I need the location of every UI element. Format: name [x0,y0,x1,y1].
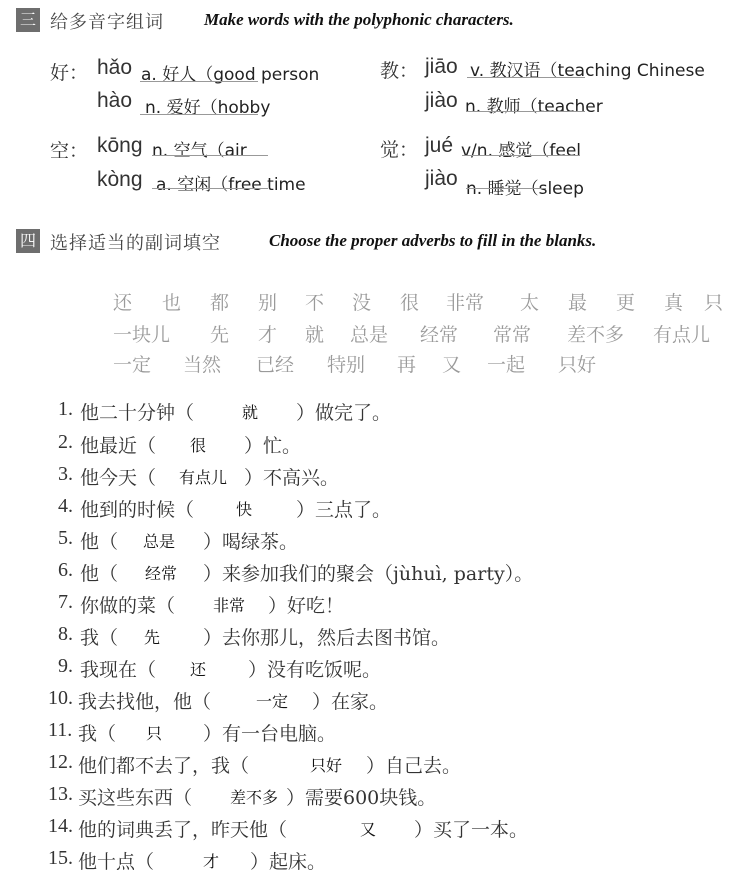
exercise-after: ）好吃！ [268,591,344,618]
word-bank-item: 还 [113,288,132,315]
pinyin: jiào [425,89,458,113]
exercise-after: ）不高兴。 [244,463,339,490]
exercise-number: 1. [58,398,73,421]
exercise-number: 11. [48,719,72,742]
word-bank-item: 最 [568,288,587,315]
word-bank-item: 只好 [558,350,596,377]
answer-underline [462,155,580,156]
exercise-after: ）起床。 [250,847,326,874]
exercise-fill-input[interactable]: 经常 [145,561,177,584]
exercise-number: 9. [58,655,73,678]
answer-field[interactable]: a. 空闲（free time [156,170,306,195]
word-bank-item: 才 [258,320,277,347]
word-bank-item: 经常 [420,320,458,347]
exercise-before: 他到的时候（ [80,495,194,522]
exercise-number: 7. [58,591,73,614]
exercise-number: 3. [58,463,73,486]
exercise-after: ）有一台电脑。 [203,719,336,746]
exercise-before: 他今天（ [80,463,156,490]
exercise-fill-input[interactable]: 总是 [143,529,175,552]
word-bank-item: 总是 [350,320,388,347]
exercise-after: ）忙。 [244,431,301,458]
exercise-fill-input[interactable]: 就 [242,400,258,423]
section-4-badge: 四 [16,229,40,253]
word-bank-item: 先 [210,320,229,347]
exercise-fill-input[interactable]: 很 [190,433,206,456]
exercise-number: 4. [58,495,73,518]
answer-field[interactable]: n. 睡觉（sleep [466,174,584,199]
word-bank-item: 没 [352,288,371,315]
word-bank-item: 又 [442,350,461,377]
word-bank-item: 更 [616,288,635,315]
answer-field[interactable]: n. 教师（teacher [465,92,603,117]
word-bank-item: 有点儿 [653,320,710,347]
pinyin: hào [97,89,132,113]
exercise-fill-input[interactable]: 才 [203,849,219,872]
exercise-before: 他（ [80,559,118,586]
answer-underline [140,81,258,82]
exercise-before: 你做的菜（ [80,591,175,618]
word-bank-item: 非常 [446,288,484,315]
exercise-before: 他们都不去了，我（ [78,751,249,778]
pinyin: kòng [97,168,143,192]
exercise-after: ）在家。 [312,687,388,714]
exercise-before: 他二十分钟（ [80,398,194,425]
word-bank-item: 一块儿 [113,320,170,347]
word-bank-item: 真 [664,288,683,315]
answer-underline [467,77,585,78]
word-bank-item: 也 [162,288,181,315]
word-bank-item: 再 [397,350,416,377]
exercise-number: 8. [58,623,73,646]
exercise-before: 买这些东西（ [78,783,192,810]
answer-underline [152,188,268,189]
pinyin: jué [425,134,453,158]
section-3-title-en: Make words with the polyphonic character… [204,10,514,30]
exercise-after: ）去你那儿，然后去图书馆。 [203,623,450,650]
word-bank-item: 别 [258,288,277,315]
exercise-number: 6. [58,559,73,582]
pinyin: hǎo [97,56,132,80]
answer-underline [140,114,258,115]
exercise-fill-input[interactable]: 只好 [310,753,342,776]
exercise-before: 我（ [78,719,116,746]
exercise-after: ）需要600块钱。 [286,783,436,810]
exercise-before: 他的词典丢了，昨天他（ [78,815,287,842]
exercise-before: 我（ [80,623,118,650]
section-3-title-cn: 给多音字组词 [50,8,164,34]
exercise-number: 12. [48,751,73,774]
polyphonic-char: 好： [50,58,88,85]
exercise-number: 10. [48,687,73,710]
exercise-fill-input[interactable]: 一定 [256,689,288,712]
exercise-number: 13. [48,783,73,806]
exercise-number: 5. [58,527,73,550]
exercise-before: 他十点（ [78,847,154,874]
answer-underline [466,188,546,189]
word-bank-item: 一定 [113,350,151,377]
word-bank-item: 差不多 [567,320,624,347]
word-bank-item: 都 [210,288,229,315]
word-bank-item: 很 [400,288,419,315]
section-4-title-cn: 选择适当的副词填空 [50,229,221,255]
pinyin: jiào [425,167,458,191]
section-4-title-en: Choose the proper adverbs to fill in the… [269,231,596,251]
exercise-before: 我去找他，他（ [78,687,211,714]
word-bank-item: 一起 [487,350,525,377]
exercise-before: 我现在（ [80,655,156,682]
word-bank-item: 只 [704,288,723,315]
exercise-fill-input[interactable]: 先 [144,625,160,648]
word-bank-item: 当然 [183,350,221,377]
exercise-fill-input[interactable]: 又 [360,817,376,840]
section-3-badge: 三 [16,8,40,32]
exercise-fill-input[interactable]: 有点儿 [179,465,227,488]
exercise-fill-input[interactable]: 快 [236,497,252,520]
exercise-before: 他最近（ [80,431,156,458]
answer-field[interactable]: v/n. 感觉（feel [461,136,581,161]
exercise-fill-input[interactable]: 非常 [213,593,245,616]
polyphonic-char: 觉： [380,135,418,162]
word-bank-item: 太 [520,288,539,315]
exercise-before: 他（ [80,527,118,554]
word-bank-item: 常常 [493,320,531,347]
exercise-after: ）自己去。 [366,751,461,778]
exercise-fill-input[interactable]: 只 [146,721,162,744]
polyphonic-char: 空： [50,136,88,163]
word-bank-item: 就 [305,320,324,347]
word-bank-item: 已经 [256,350,294,377]
exercise-after: ）来参加我们的聚会（jùhuì, party）。 [203,559,533,586]
exercise-after: ）买了一本。 [414,815,528,842]
exercise-after: ）做完了。 [296,398,391,425]
answer-underline [467,111,585,112]
pinyin: jiāo [425,55,458,79]
exercise-number: 14. [48,815,73,838]
exercise-fill-input[interactable]: 还 [190,657,206,680]
word-bank-item: 不 [305,288,324,315]
answer-field[interactable]: n. 空气（air [152,136,247,161]
answer-underline [152,155,268,156]
exercise-fill-input[interactable]: 差不多 [230,785,278,808]
exercise-after: ）三点了。 [296,495,391,522]
exercise-number: 15. [48,847,73,870]
polyphonic-char: 教： [380,56,418,83]
exercise-after: ）喝绿茶。 [203,527,298,554]
exercise-after: ）没有吃饭呢。 [248,655,381,682]
word-bank-item: 特别 [327,350,365,377]
exercise-number: 2. [58,431,73,454]
pinyin: kōng [97,134,143,158]
